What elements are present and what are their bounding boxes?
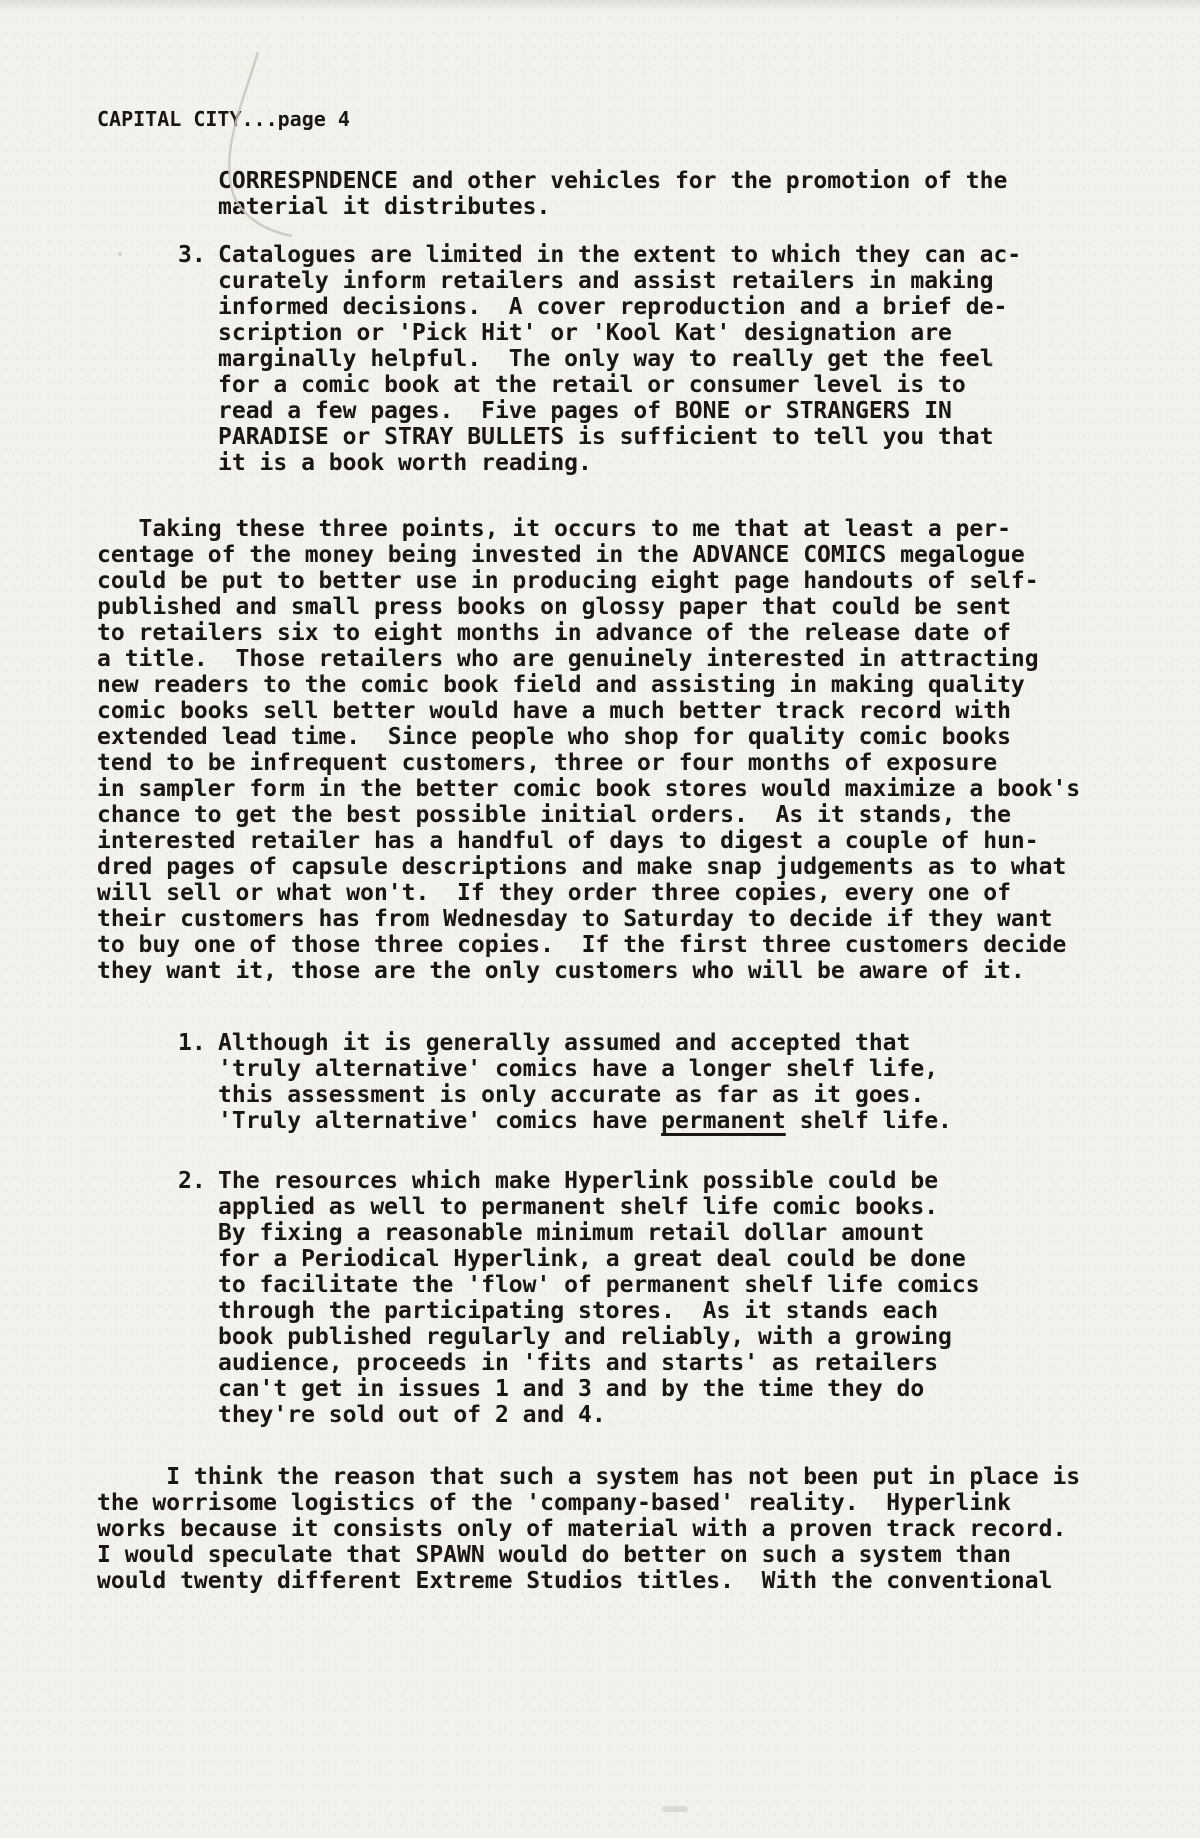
text-line: By fixing a reasonable minimum retail do… bbox=[218, 1220, 980, 1246]
list-number-1: 1. bbox=[97, 1030, 218, 1134]
hanging-paragraph: CORRESPNDENCE and other vehicles for the… bbox=[218, 168, 1200, 220]
text-segment: 'Truly alternative' comics have bbox=[218, 1108, 661, 1134]
text-line: PARADISE or STRAY BULLETS is sufficient … bbox=[218, 424, 1021, 450]
text-line: to facilitate the 'flow' of permanent sh… bbox=[218, 1272, 980, 1298]
body-paragraph-2: I think the reason that such a system ha… bbox=[97, 1464, 1200, 1594]
text-line: CORRESPNDENCE and other vehicles for the… bbox=[218, 168, 1200, 194]
text-line: I think the reason that such a system ha… bbox=[97, 1464, 1200, 1490]
text-line: audience, proceeds in 'fits and starts' … bbox=[218, 1350, 980, 1376]
text-line: for a comic book at the retail or consum… bbox=[218, 372, 1021, 398]
text-line: dred pages of capsule descriptions and m… bbox=[97, 854, 1200, 880]
text-line: material it distributes. bbox=[218, 194, 1200, 220]
text-line: chance to get the best possible initial … bbox=[97, 802, 1200, 828]
text-line: for a Periodical Hyperlink, a great deal… bbox=[218, 1246, 980, 1272]
text-line: informed decisions. A cover reproduction… bbox=[218, 294, 1021, 320]
text-line: it is a book worth reading. bbox=[218, 450, 1021, 476]
list-number-3: 3. bbox=[97, 242, 218, 476]
text-line: in sampler form in the better comic book… bbox=[97, 776, 1200, 802]
text-line: could be put to better use in producing … bbox=[97, 568, 1200, 594]
underlined-word: permanent bbox=[661, 1108, 786, 1134]
text-line: interested retailer has a handful of day… bbox=[97, 828, 1200, 854]
text-line: through the participating stores. As it … bbox=[218, 1298, 980, 1324]
text-line: works because it consists only of materi… bbox=[97, 1516, 1200, 1542]
document-page: CAPITAL CITY...page 4 CORRESPNDENCE and … bbox=[0, 0, 1200, 1838]
numbered-item-2: 2. The resources which make Hyperlink po… bbox=[97, 1168, 1200, 1428]
text-line: will sell or what won't. If they order t… bbox=[97, 880, 1200, 906]
text-line: scription or 'Pick Hit' or 'Kool Kat' de… bbox=[218, 320, 1021, 346]
text-line: a title. Those retailers who are genuine… bbox=[97, 646, 1200, 672]
text-line: they're sold out of 2 and 4. bbox=[218, 1402, 980, 1428]
text-line: this assessment is only accurate as far … bbox=[218, 1082, 952, 1108]
text-line: I would speculate that SPAWN would do be… bbox=[97, 1542, 1200, 1568]
text-line: centage of the money being invested in t… bbox=[97, 542, 1200, 568]
text-line: they want it, those are the only custome… bbox=[97, 958, 1200, 984]
text-segment: shelf life. bbox=[786, 1108, 952, 1134]
scan-crease-artifact bbox=[180, 40, 360, 270]
text-line: would twenty different Extreme Studios t… bbox=[97, 1568, 1200, 1594]
text-line: Catalogues are limited in the extent to … bbox=[218, 242, 1021, 268]
text-line: Taking these three points, it occurs to … bbox=[97, 516, 1200, 542]
text-line: extended lead time. Since people who sho… bbox=[97, 724, 1200, 750]
text-line: tend to be infrequent customers, three o… bbox=[97, 750, 1200, 776]
text-line: the worrisome logistics of the 'company-… bbox=[97, 1490, 1200, 1516]
text-line: their customers has from Wednesday to Sa… bbox=[97, 906, 1200, 932]
list-number-2: 2. bbox=[97, 1168, 218, 1428]
text-line: comic books sell better would have a muc… bbox=[97, 698, 1200, 724]
numbered-item-1: 1. Although it is generally assumed and … bbox=[97, 1030, 1200, 1134]
text-line: can't get in issues 1 and 3 and by the t… bbox=[218, 1376, 980, 1402]
list-item-text: The resources which make Hyperlink possi… bbox=[218, 1168, 980, 1428]
text-line: curately inform retailers and assist ret… bbox=[218, 268, 1021, 294]
text-line: The resources which make Hyperlink possi… bbox=[218, 1168, 980, 1194]
text-line: marginally helpful. The only way to real… bbox=[218, 346, 1021, 372]
numbered-item-3: 3. Catalogues are limited in the extent … bbox=[97, 242, 1200, 476]
page-header: CAPITAL CITY...page 4 bbox=[97, 106, 1200, 132]
body-paragraph-1: Taking these three points, it occurs to … bbox=[97, 516, 1200, 984]
text-line-with-underline: 'Truly alternative' comics have permanen… bbox=[218, 1108, 952, 1134]
text-line: new readers to the comic book field and … bbox=[97, 672, 1200, 698]
scan-smudge bbox=[662, 1806, 688, 1812]
text-line: 'truly alternative' comics have a longer… bbox=[218, 1056, 952, 1082]
text-line: Although it is generally assumed and acc… bbox=[218, 1030, 952, 1056]
text-line: applied as well to permanent shelf life … bbox=[218, 1194, 980, 1220]
text-line: to buy one of those three copies. If the… bbox=[97, 932, 1200, 958]
text-line: book published regularly and reliably, w… bbox=[218, 1324, 980, 1350]
text-lines: Although it is generally assumed and acc… bbox=[218, 1030, 952, 1108]
text-line: read a few pages. Five pages of BONE or … bbox=[218, 398, 1021, 424]
list-item-text: Catalogues are limited in the extent to … bbox=[218, 242, 1021, 476]
text-line: to retailers six to eight months in adva… bbox=[97, 620, 1200, 646]
list-item-text: Although it is generally assumed and acc… bbox=[218, 1030, 952, 1134]
text-line: published and small press books on gloss… bbox=[97, 594, 1200, 620]
